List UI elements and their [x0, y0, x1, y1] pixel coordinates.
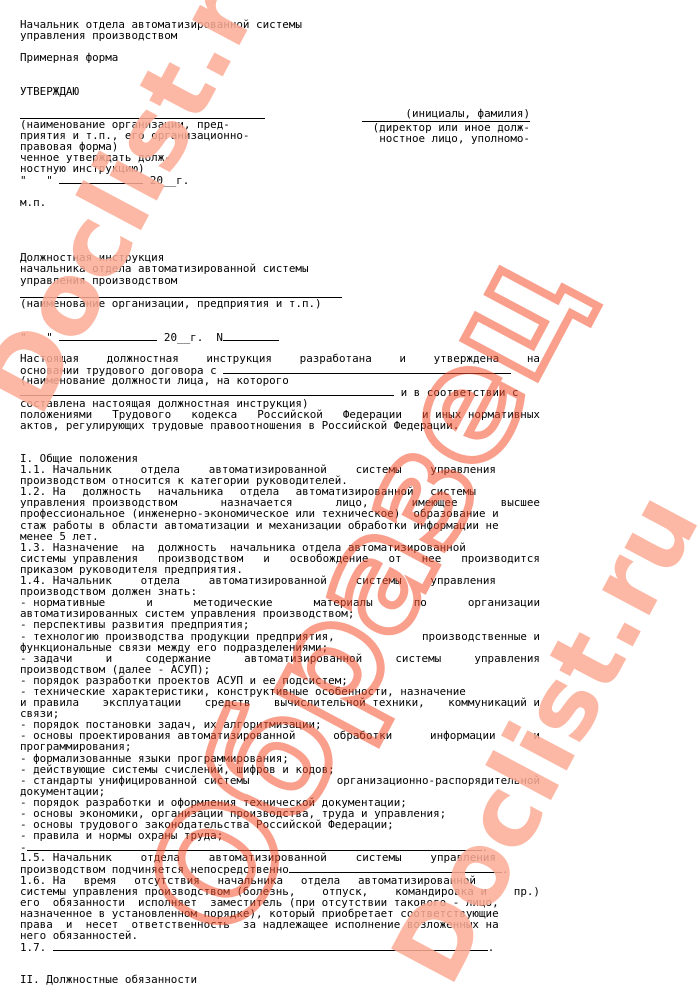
word: автоматизированной — [244, 653, 362, 664]
word: автоматизированной — [209, 575, 327, 586]
director-caption-2: ностное лицо, уполномо- — [362, 133, 530, 144]
word: отсутствия — [134, 875, 200, 886]
word: системы — [356, 852, 402, 863]
word: инструкция — [206, 353, 272, 364]
knowledge-item: - технологию производства продукции пред… — [20, 631, 540, 642]
word: управления — [430, 852, 496, 863]
approval-block: (наименование организации, пред- приятия… — [20, 108, 540, 186]
preamble-line3: (наименование должности лица, на которог… — [20, 375, 540, 386]
word: от — [388, 553, 401, 564]
p1-5-line1: 1.5. Начальникотделаавтоматизированнойси… — [20, 852, 496, 863]
date-blank — [59, 174, 143, 184]
knowledge-item: - перспективы развития предприятия; — [20, 619, 540, 630]
p1-2-line3: профессиональное (инженерно-экономическо… — [20, 508, 540, 519]
position-blank — [223, 364, 511, 374]
word: системы — [395, 653, 441, 664]
document-page: Начальник отдела автоматизированной сист… — [20, 19, 540, 986]
word: Настоящая — [20, 353, 79, 364]
word: освобождение — [290, 553, 369, 564]
word: системы — [356, 575, 402, 586]
word: обработки — [333, 730, 392, 741]
knowledge-item: - формализованные языки программирования… — [20, 753, 540, 764]
knowledge-list: - нормативныеиметодическиематериалыпоорг… — [20, 597, 540, 841]
word: утверждена — [434, 353, 500, 364]
word: и — [263, 553, 270, 564]
word: информации — [430, 730, 496, 741]
word: вычислительной техники, — [274, 697, 425, 708]
supervisor-blank — [289, 863, 502, 873]
position-blank-2 — [20, 386, 394, 396]
word: разработана — [300, 353, 372, 364]
word: 1.5. Начальник — [20, 852, 112, 863]
word: время — [84, 875, 117, 886]
word: начальника — [218, 875, 284, 886]
doc-date-blank — [59, 331, 157, 341]
doc-date-number: " " 20__г. N — [20, 331, 540, 342]
approve-heading: УТВЕРЖДАЮ — [20, 86, 540, 97]
form-type-label: Примерная форма — [20, 52, 540, 63]
stamp-label: м.п. — [20, 197, 540, 208]
word: отдела — [301, 875, 340, 886]
approval-date: " " 20__г. — [20, 174, 265, 185]
p1-6-line6: него обязанностей. — [20, 930, 540, 941]
word: и — [399, 353, 406, 364]
doc-header-line2: управления производством — [20, 30, 540, 41]
word: управления — [474, 653, 540, 664]
doc-title-line3: управления производством — [20, 275, 540, 286]
word: должностная — [107, 353, 179, 364]
word: - технологию производства продукции пред… — [20, 631, 335, 642]
p1-2-line4: стаж работы в области автоматизации и ме… — [20, 520, 540, 531]
org-caption-full: (наименование организации, предприятия и… — [20, 298, 540, 309]
word: автоматизированной — [209, 852, 327, 863]
knowledge-item: - правила и нормы охраны труда; — [20, 830, 540, 841]
word: организации — [468, 597, 540, 608]
p1-6-line1: 1.6. Навремяотсутствияначальникаотделаав… — [20, 875, 476, 886]
p1-5-line2: производством подчиняется непосредственн… — [20, 863, 540, 874]
word: отдела — [141, 852, 180, 863]
word: производственные и — [422, 631, 540, 642]
knowledge-item: и правилаэксплуатациисредстввычислительн… — [20, 697, 540, 708]
p1-7-blank — [53, 941, 488, 951]
word: средств — [205, 697, 251, 708]
word: организационно-распорядительной — [337, 775, 540, 786]
preamble-line1: Настоящаядолжностнаяинструкцияразработан… — [20, 353, 540, 364]
word: 1.6. На — [20, 875, 66, 886]
doc-title-line2: начальника отдела автоматизированной сис… — [20, 263, 540, 274]
org-caption-5: ностную инструкцию) — [20, 163, 265, 174]
word: на — [527, 353, 540, 364]
doc-number-blank — [223, 331, 279, 341]
p1-7-line: 1.7. . — [20, 941, 540, 952]
section2-heading: II. Должностные обязанности — [20, 974, 540, 985]
word: пр.) — [514, 886, 540, 897]
knowledge-blank-line — [27, 841, 482, 851]
knowledge-item: программирования; — [20, 741, 540, 752]
word: системы — [356, 464, 402, 475]
preamble-line4: и в соответствии с — [20, 386, 540, 397]
initials-caption: (инициалы, фамилия) — [362, 108, 530, 119]
word: управления — [430, 575, 496, 586]
word: автоматизированной — [358, 875, 476, 886]
preamble-line7: актов, регулирующих трудовые правоотноше… — [20, 420, 540, 431]
word: управления — [430, 464, 496, 475]
word: и — [533, 730, 540, 741]
word: нее — [422, 553, 442, 564]
word: высшее — [501, 497, 540, 508]
word: коммуникаций и — [448, 697, 540, 708]
word: эксплуатации — [102, 697, 181, 708]
word: по — [414, 597, 427, 608]
word: производится — [461, 553, 540, 564]
